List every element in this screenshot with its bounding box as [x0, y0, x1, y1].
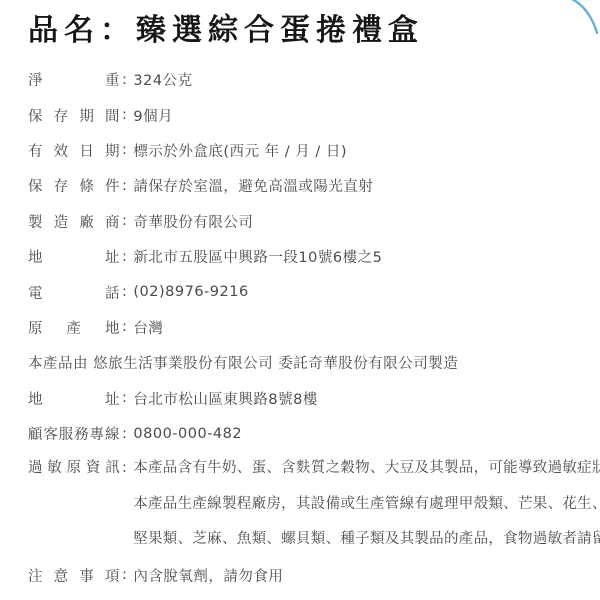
field-colon: : — [120, 451, 133, 486]
field-value: 台灣 — [133, 317, 163, 338]
field-colon: : — [120, 72, 133, 88]
decorative-arc — [500, 0, 600, 44]
field-colon: : — [120, 178, 133, 194]
field-value: 內含脫氧劑，請勿食用 — [133, 565, 283, 586]
field-row-phone: 電話:(02)8976-9216 — [28, 274, 575, 309]
field-value: (02)8976-9216 — [133, 284, 248, 300]
field-row-customer-hotline: 顧客服務專線:0800-000-482 — [28, 416, 575, 451]
field-label: 注意事項 — [28, 565, 120, 586]
field-label: 有效日期 — [28, 140, 120, 161]
field-colon: : — [120, 107, 133, 123]
field-row-manufacturer-address: 地址:新北市五股區中興路一段10號6樓之5 — [28, 239, 575, 274]
field-label: 保存條件 — [28, 175, 120, 196]
field-value: 奇華股份有限公司 — [133, 211, 253, 232]
spec-rows: 淨重:324公克 保存期間:9個月 有效日期:標示於外盒底(西元 年 / 月 /… — [28, 62, 575, 593]
field-row-shelf-life: 保存期間:9個月 — [28, 97, 575, 132]
field-label: 地址 — [28, 388, 120, 409]
field-colon: : — [120, 390, 133, 406]
field-row-origin: 原產地:台灣 — [28, 310, 575, 345]
field-label: 製造廠商 — [28, 211, 120, 232]
field-value: 324公克 — [133, 69, 192, 90]
field-row-net-weight: 淨重:324公克 — [28, 62, 575, 97]
field-label: 電話 — [28, 282, 120, 303]
field-colon: : — [120, 142, 133, 158]
field-row-expiry-date: 有效日期:標示於外盒底(西元 年 / 月 / 日) — [28, 133, 575, 168]
field-row-allergen-info: 過敏原資訊: 本產品含有牛奶、蛋、含麩質之穀物、大豆及其製品，可能導致過敏症狀。… — [28, 451, 575, 557]
field-label: 顧客服務專線 — [28, 423, 120, 444]
allergen-line: 本產品含有牛奶、蛋、含麩質之穀物、大豆及其製品，可能導致過敏症狀。 — [133, 451, 575, 486]
decorative-arc-path — [568, 0, 597, 33]
field-value: 9個月 — [133, 105, 173, 126]
field-row-caution: 注意事項:內含脫氧劑，請勿食用 — [28, 557, 575, 592]
field-colon: : — [120, 426, 133, 442]
allergen-text: 本產品含有牛奶、蛋、含麩質之穀物、大豆及其製品，可能導致過敏症狀。 本產品生產線… — [133, 451, 575, 557]
field-label: 過敏原資訊 — [28, 451, 120, 486]
field-label: 原產地 — [28, 317, 120, 338]
field-value: 請保存於室溫，避免高溫或陽光直射 — [133, 175, 373, 196]
field-value: 台北市松山區東興路8號8樓 — [133, 388, 317, 409]
field-label: 淨重 — [28, 69, 120, 90]
product-name-title: 品名：臻選綜合蛋捲禮盒 — [28, 12, 575, 49]
field-row-storage-condition: 保存條件:請保存於室溫，避免高溫或陽光直射 — [28, 168, 575, 203]
field-colon: : — [120, 213, 133, 229]
label-content: 品名：臻選綜合蛋捲禮盒 淨重:324公克 保存期間:9個月 有效日期:標示於外盒… — [0, 0, 600, 593]
field-label: 保存期間 — [28, 105, 120, 126]
field-row-distributor-address: 地址:台北市松山區東興路8號8樓 — [28, 381, 575, 416]
allergen-line: 堅果類、芝麻、魚類、螺貝類、種子類及其製品的產品，食物過敏者請留意。 — [133, 522, 575, 557]
field-colon: : — [120, 249, 133, 265]
allergen-line: 本產品生產線製程廠房，其設備或生產管線有處理甲殼類、芒果、花生、 — [133, 487, 575, 522]
field-colon: : — [120, 567, 133, 583]
field-label: 地址 — [28, 246, 120, 267]
field-row-manufacturer: 製造廠商:奇華股份有限公司 — [28, 204, 575, 239]
field-colon: : — [120, 284, 133, 300]
field-value: 0800-000-482 — [133, 426, 242, 442]
product-label-page: 品名：臻選綜合蛋捲禮盒 淨重:324公克 保存期間:9個月 有效日期:標示於外盒… — [0, 0, 600, 600]
field-value: 新北市五股區中興路一段10號6樓之5 — [133, 246, 382, 267]
commission-note: 本產品由 悠旅生活事業股份有限公司 委託奇華股份有限公司製造 — [28, 345, 575, 380]
field-colon: : — [120, 319, 133, 335]
field-value: 標示於外盒底(西元 年 / 月 / 日) — [133, 140, 347, 161]
